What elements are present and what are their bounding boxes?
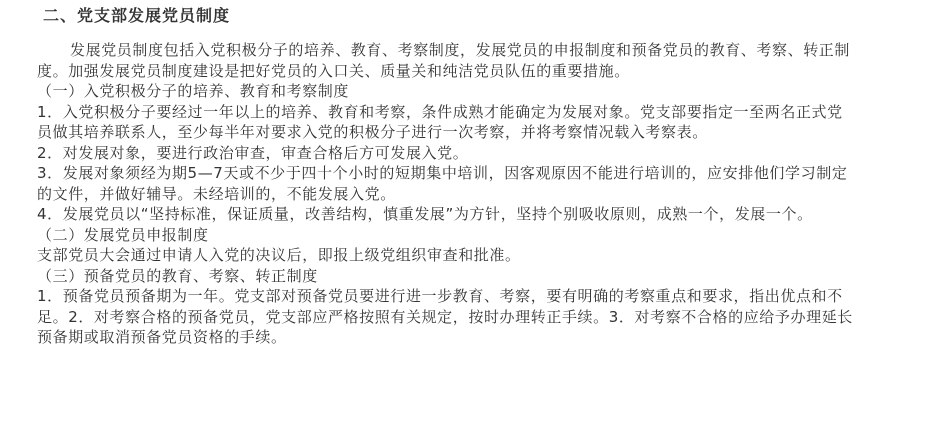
subsection-title-2: （二）发展党员申报制度 — [37, 225, 857, 246]
subsection-title-3: （三）预备党员的教育、考察、转正制度 — [37, 266, 857, 287]
paragraph: 2．对发展对象，要进行政治审查，审查合格后方可发展入党。 — [37, 143, 857, 164]
paragraph: 1．入党积极分子要经过一年以上的培养、教育和考察，条件成熟才能确定为发展对象。党… — [37, 102, 857, 143]
intro-paragraph: 发展党员制度包括入党积极分子的培养、教育、考察制度，发展党员的申报制度和预备党员… — [37, 40, 857, 81]
section-heading: 二、党支部发展党员制度 — [43, 6, 857, 26]
paragraph: 3．发展对象须经为期5—7天或不少于四十个小时的短期集中培训，因客观原因不能进行… — [37, 163, 857, 204]
document: 二、党支部发展党员制度 发展党员制度包括入党积极分子的培养、教育、考察制度，发展… — [0, 6, 857, 348]
paragraph: 1．预备党员预备期为一年。党支部对预备党员要进行进一步教育、考察，要有明确的考察… — [37, 286, 857, 348]
subsection-title-1: （一）入党积极分子的培养、教育和考察制度 — [37, 81, 857, 102]
paragraph: 4．发展党员以“坚持标准，保证质量，改善结构，慎重发展”为方针，坚持个别吸收原则… — [37, 204, 857, 225]
paragraph: 支部党员大会通过申请人入党的决议后，即报上级党组织审查和批准。 — [37, 245, 857, 266]
